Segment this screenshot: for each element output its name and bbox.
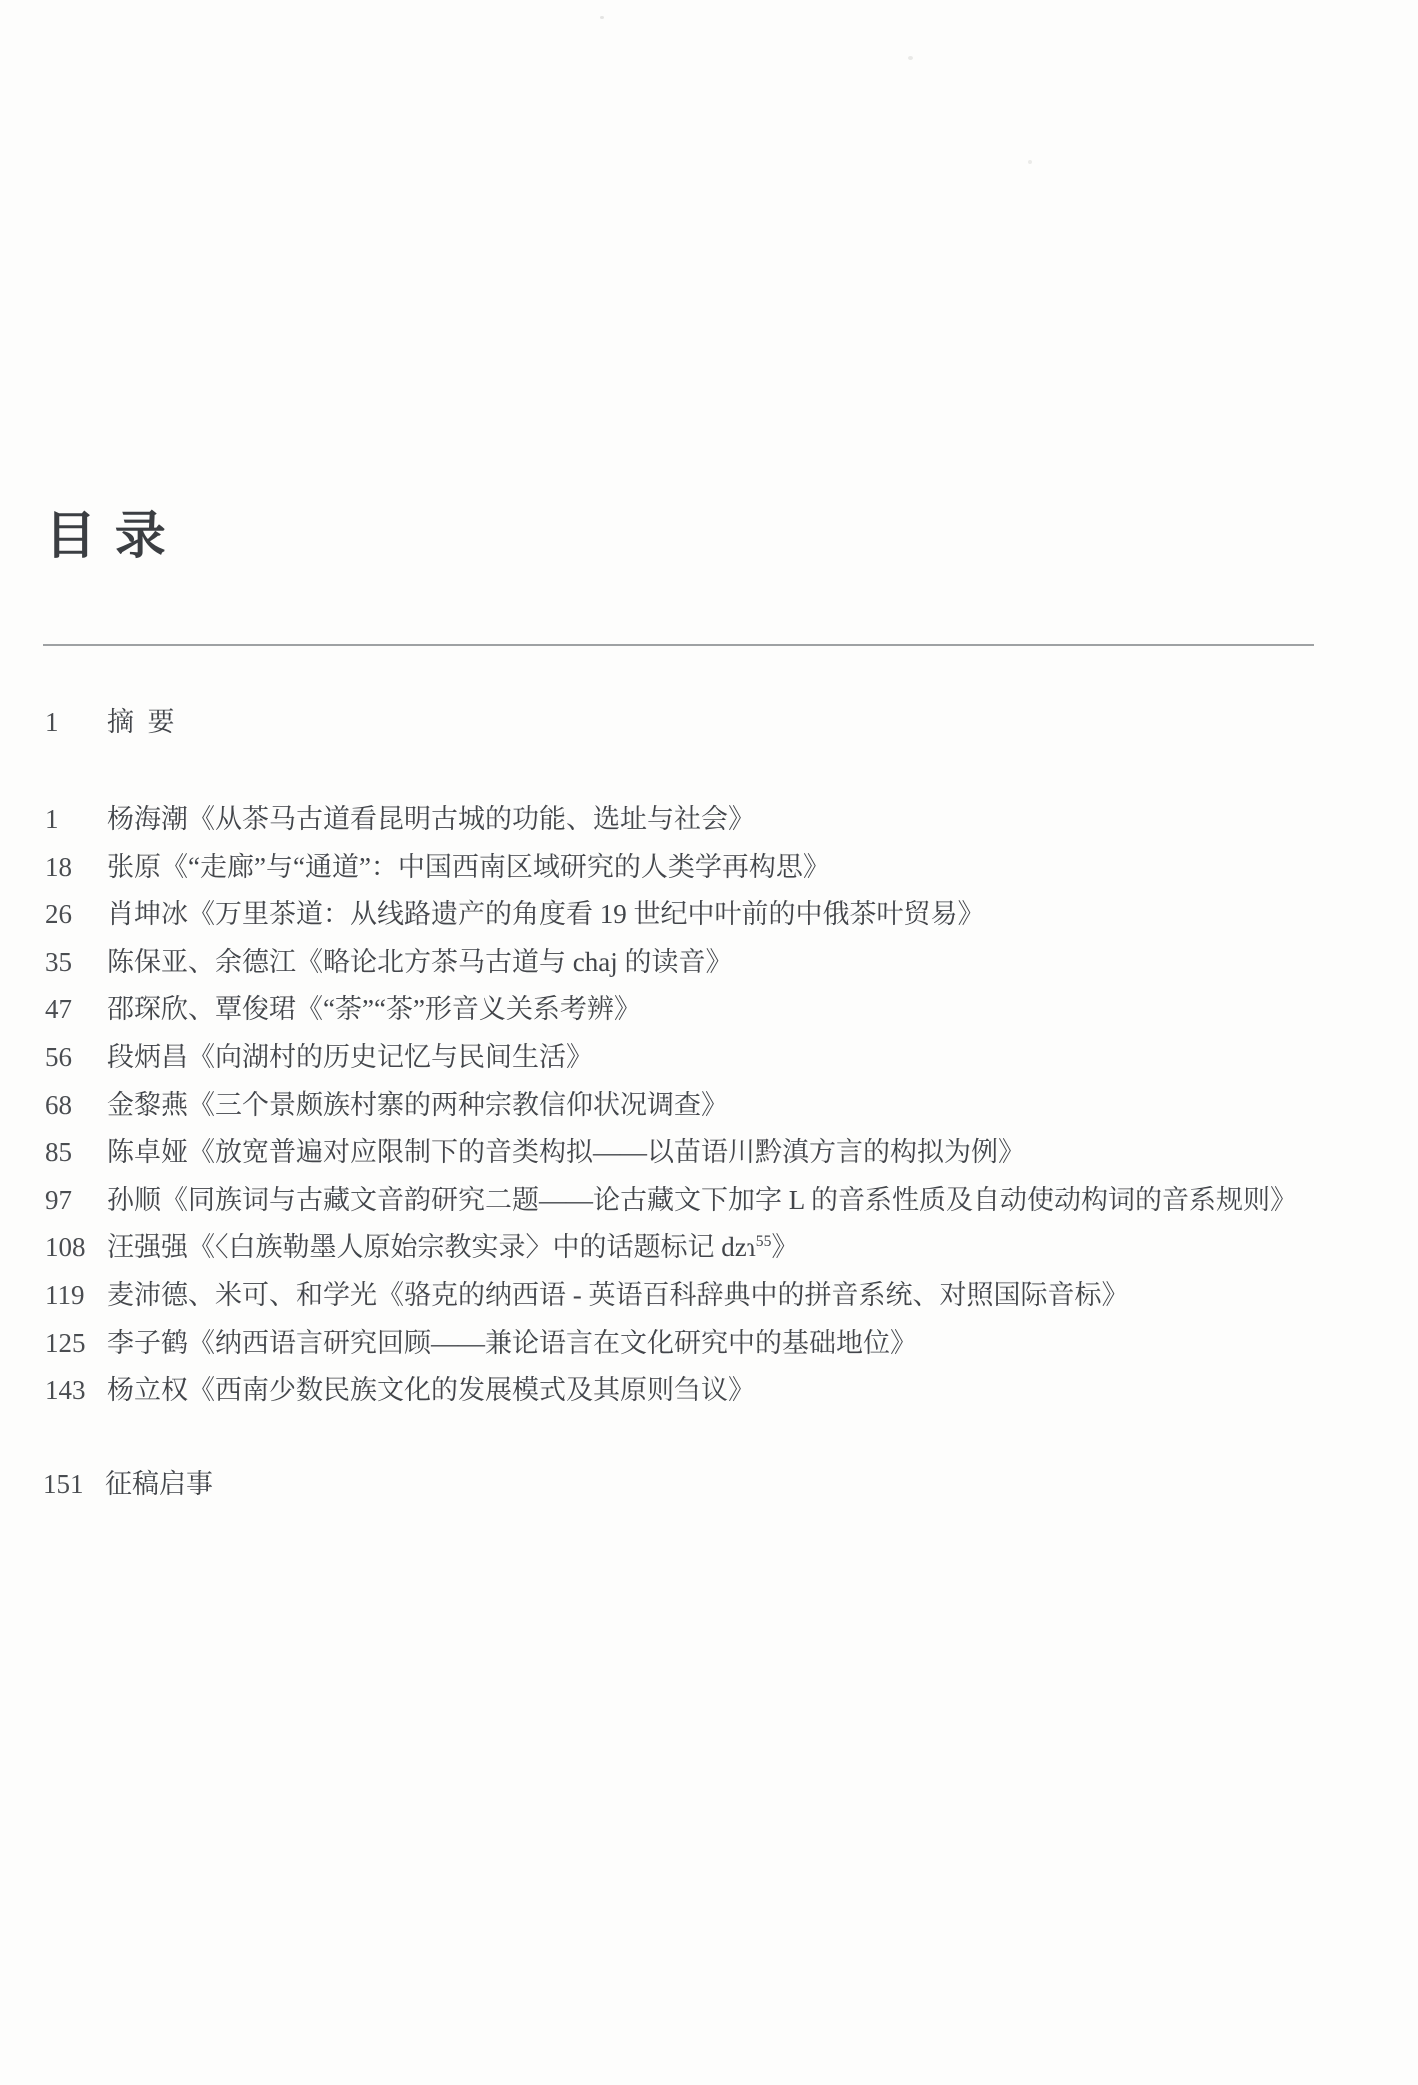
scan-speck bbox=[1028, 160, 1032, 164]
entry-title-text: 张原《“走廊”与“通道”：中国西南区域研究的人类学再构思》 bbox=[107, 852, 830, 882]
entry-title-text: 肖坤冰《万里茶道：从线路遗产的角度看 19 世纪中叶前的中俄茶叶贸易》 bbox=[107, 899, 985, 929]
entry-title: 金黎燕《三个景颇族村寨的两种宗教信仰状况调查》 bbox=[107, 1082, 728, 1130]
toc-entry-row: 85 陈卓娅《放宽普遍对应限制下的音类构拟——以苗语川黔滇方言的构拟为例》 bbox=[45, 1129, 1385, 1177]
page-number: 1 bbox=[45, 796, 107, 844]
entry-title: 陈保亚、余德江《略论北方茶马古道与 chaj 的读音》 bbox=[107, 939, 732, 987]
entry-label: 摘 要 bbox=[107, 699, 175, 747]
toc-entry-row: 18 张原《“走廊”与“通道”：中国西南区域研究的人类学再构思》 bbox=[45, 844, 1385, 892]
page-number: 35 bbox=[45, 939, 107, 987]
page-number: 68 bbox=[45, 1082, 107, 1130]
page-number: 18 bbox=[45, 844, 107, 892]
toc-page: 目 录 1 摘 要 1 杨海潮《从茶马古道看昆明古城的功能、选址与社会》 18 … bbox=[0, 0, 1418, 2085]
entry-title-end: 》 bbox=[771, 1232, 798, 1262]
toc-entry-row: 97 孙顺《同族词与古藏文音韵研究二题——论古藏文下加字 L 的音系性质及自动使… bbox=[45, 1177, 1385, 1225]
toc-entry-row: 26 肖坤冰《万里茶道：从线路遗产的角度看 19 世纪中叶前的中俄茶叶贸易》 bbox=[45, 891, 1385, 939]
entry-title-text: 杨立权《西南少数民族文化的发展模式及其原则刍议》 bbox=[107, 1375, 755, 1405]
toc-entry-row: 125 李子鹤《纳西语言研究回顾——兼论语言在文化研究中的基础地位》 bbox=[45, 1320, 1385, 1368]
toc-entry-row: 47 邵琛欣、覃俊珺《“荼”“茶”形音义关系考辨》 bbox=[45, 986, 1385, 1034]
toc-entry-row: 119 麦沛德、米可、和学光《骆克的纳西语 - 英语百科辞典中的拼音系统、对照国… bbox=[45, 1272, 1385, 1320]
toc-entry-row: 56 段炳昌《向湖村的历史记忆与民间生活》 bbox=[45, 1034, 1385, 1082]
tone-superscript: 55 bbox=[756, 1233, 772, 1250]
entry-title: 孙顺《同族词与古藏文音韵研究二题——论古藏文下加字 L 的音系性质及自动使动构词… bbox=[107, 1177, 1297, 1225]
entry-title: 汪强强《〈白族勒墨人原始宗教实录〉中的话题标记 dzɿ55》 bbox=[107, 1224, 798, 1272]
page-number: 119 bbox=[45, 1272, 107, 1320]
page-number: 47 bbox=[45, 986, 107, 1034]
entry-title: 陈卓娅《放宽普遍对应限制下的音类构拟——以苗语川黔滇方言的构拟为例》 bbox=[107, 1129, 1025, 1177]
toc-row-abstract: 1 摘 要 bbox=[45, 699, 175, 747]
entry-title: 张原《“走廊”与“通道”：中国西南区域研究的人类学再构思》 bbox=[107, 844, 830, 892]
entry-title: 邵琛欣、覃俊珺《“荼”“茶”形音义关系考辨》 bbox=[107, 986, 641, 1034]
entry-title-text: 金黎燕《三个景颇族村寨的两种宗教信仰状况调查》 bbox=[107, 1090, 728, 1120]
toc-entry-row: 143 杨立权《西南少数民族文化的发展模式及其原则刍议》 bbox=[45, 1367, 1385, 1415]
toc-entry-row: 35 陈保亚、余德江《略论北方茶马古道与 chaj 的读音》 bbox=[45, 939, 1385, 987]
toc-entry-row: 108 汪强强《〈白族勒墨人原始宗教实录〉中的话题标记 dzɿ55》 bbox=[45, 1224, 1385, 1272]
toc-entry-list: 1 杨海潮《从茶马古道看昆明古城的功能、选址与社会》 18 张原《“走廊”与“通… bbox=[45, 796, 1385, 1415]
entry-title: 肖坤冰《万里茶道：从线路遗产的角度看 19 世纪中叶前的中俄茶叶贸易》 bbox=[107, 891, 985, 939]
scan-speck bbox=[600, 16, 604, 19]
entry-title-text: 陈保亚、余德江《略论北方茶马古道与 chaj 的读音》 bbox=[107, 947, 732, 977]
entry-title: 段炳昌《向湖村的历史记忆与民间生活》 bbox=[107, 1034, 593, 1082]
scan-speck bbox=[908, 56, 913, 60]
entry-title-text: 陈卓娅《放宽普遍对应限制下的音类构拟——以苗语川黔滇方言的构拟为例》 bbox=[107, 1137, 1025, 1167]
entry-title-text: 邵琛欣、覃俊珺《“荼”“茶”形音义关系考辨》 bbox=[107, 994, 641, 1024]
divider-line bbox=[43, 644, 1314, 646]
entry-title-text: 汪强强《〈白族勒墨人原始宗教实录〉中的话题标记 dzɿ bbox=[107, 1232, 756, 1262]
page-number: 26 bbox=[45, 891, 107, 939]
page-number: 1 bbox=[45, 699, 107, 747]
page-number: 108 bbox=[45, 1224, 107, 1272]
page-number: 151 bbox=[43, 1461, 105, 1509]
entry-title-text: 李子鹤《纳西语言研究回顾——兼论语言在文化研究中的基础地位》 bbox=[107, 1328, 917, 1358]
page-number: 85 bbox=[45, 1129, 107, 1177]
page-number: 97 bbox=[45, 1177, 107, 1225]
toc-row-notice: 151 征稿启事 bbox=[43, 1461, 213, 1509]
entry-title: 麦沛德、米可、和学光《骆克的纳西语 - 英语百科辞典中的拼音系统、对照国际音标》 bbox=[107, 1272, 1129, 1320]
entry-title-text: 杨海潮《从茶马古道看昆明古城的功能、选址与社会》 bbox=[107, 804, 755, 834]
entry-title: 杨海潮《从茶马古道看昆明古城的功能、选址与社会》 bbox=[107, 796, 755, 844]
entry-label: 征稿启事 bbox=[105, 1461, 213, 1509]
page-number: 125 bbox=[45, 1320, 107, 1368]
toc-entry-row: 68 金黎燕《三个景颇族村寨的两种宗教信仰状况调查》 bbox=[45, 1082, 1385, 1130]
page-title: 目 录 bbox=[45, 494, 169, 568]
entry-title: 李子鹤《纳西语言研究回顾——兼论语言在文化研究中的基础地位》 bbox=[107, 1320, 917, 1368]
entry-title-text: 孙顺《同族词与古藏文音韵研究二题——论古藏文下加字 L 的音系性质及自动使动构词… bbox=[107, 1185, 1297, 1215]
entry-title-text: 段炳昌《向湖村的历史记忆与民间生活》 bbox=[107, 1042, 593, 1072]
entry-title-text: 麦沛德、米可、和学光《骆克的纳西语 - 英语百科辞典中的拼音系统、对照国际音标》 bbox=[107, 1280, 1129, 1310]
page-number: 56 bbox=[45, 1034, 107, 1082]
page-number: 143 bbox=[45, 1367, 107, 1415]
entry-title: 杨立权《西南少数民族文化的发展模式及其原则刍议》 bbox=[107, 1367, 755, 1415]
toc-entry-row: 1 杨海潮《从茶马古道看昆明古城的功能、选址与社会》 bbox=[45, 796, 1385, 844]
